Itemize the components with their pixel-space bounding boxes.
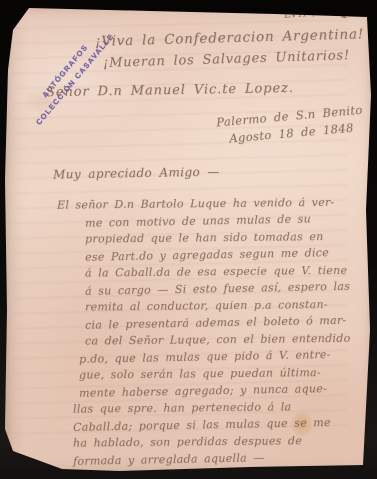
photo-backdrop: AUTÓGRAFOS COLECCIÓN CASAVALLE LVII (47)… (0, 0, 377, 479)
motto-line-1: ¡Viva la Confederacion Argentina! (95, 26, 364, 50)
addressee-line: Señor D.n Manuel Vic.te Lopez. (46, 81, 294, 100)
salutation-line: Muy apreciado Amigo — (53, 165, 220, 182)
catalog-mark: LVII (47) (284, 5, 336, 21)
motto-line-2: ¡Mueran los Salvages Unitarios! (103, 48, 350, 71)
letter-body: El señor D.n Bartolo Luque ha venido á v… (55, 195, 367, 467)
page-number: 1 (339, 3, 352, 23)
letter-paper: AUTÓGRAFOS COLECCIÓN CASAVALLE LVII (47)… (0, 0, 377, 479)
